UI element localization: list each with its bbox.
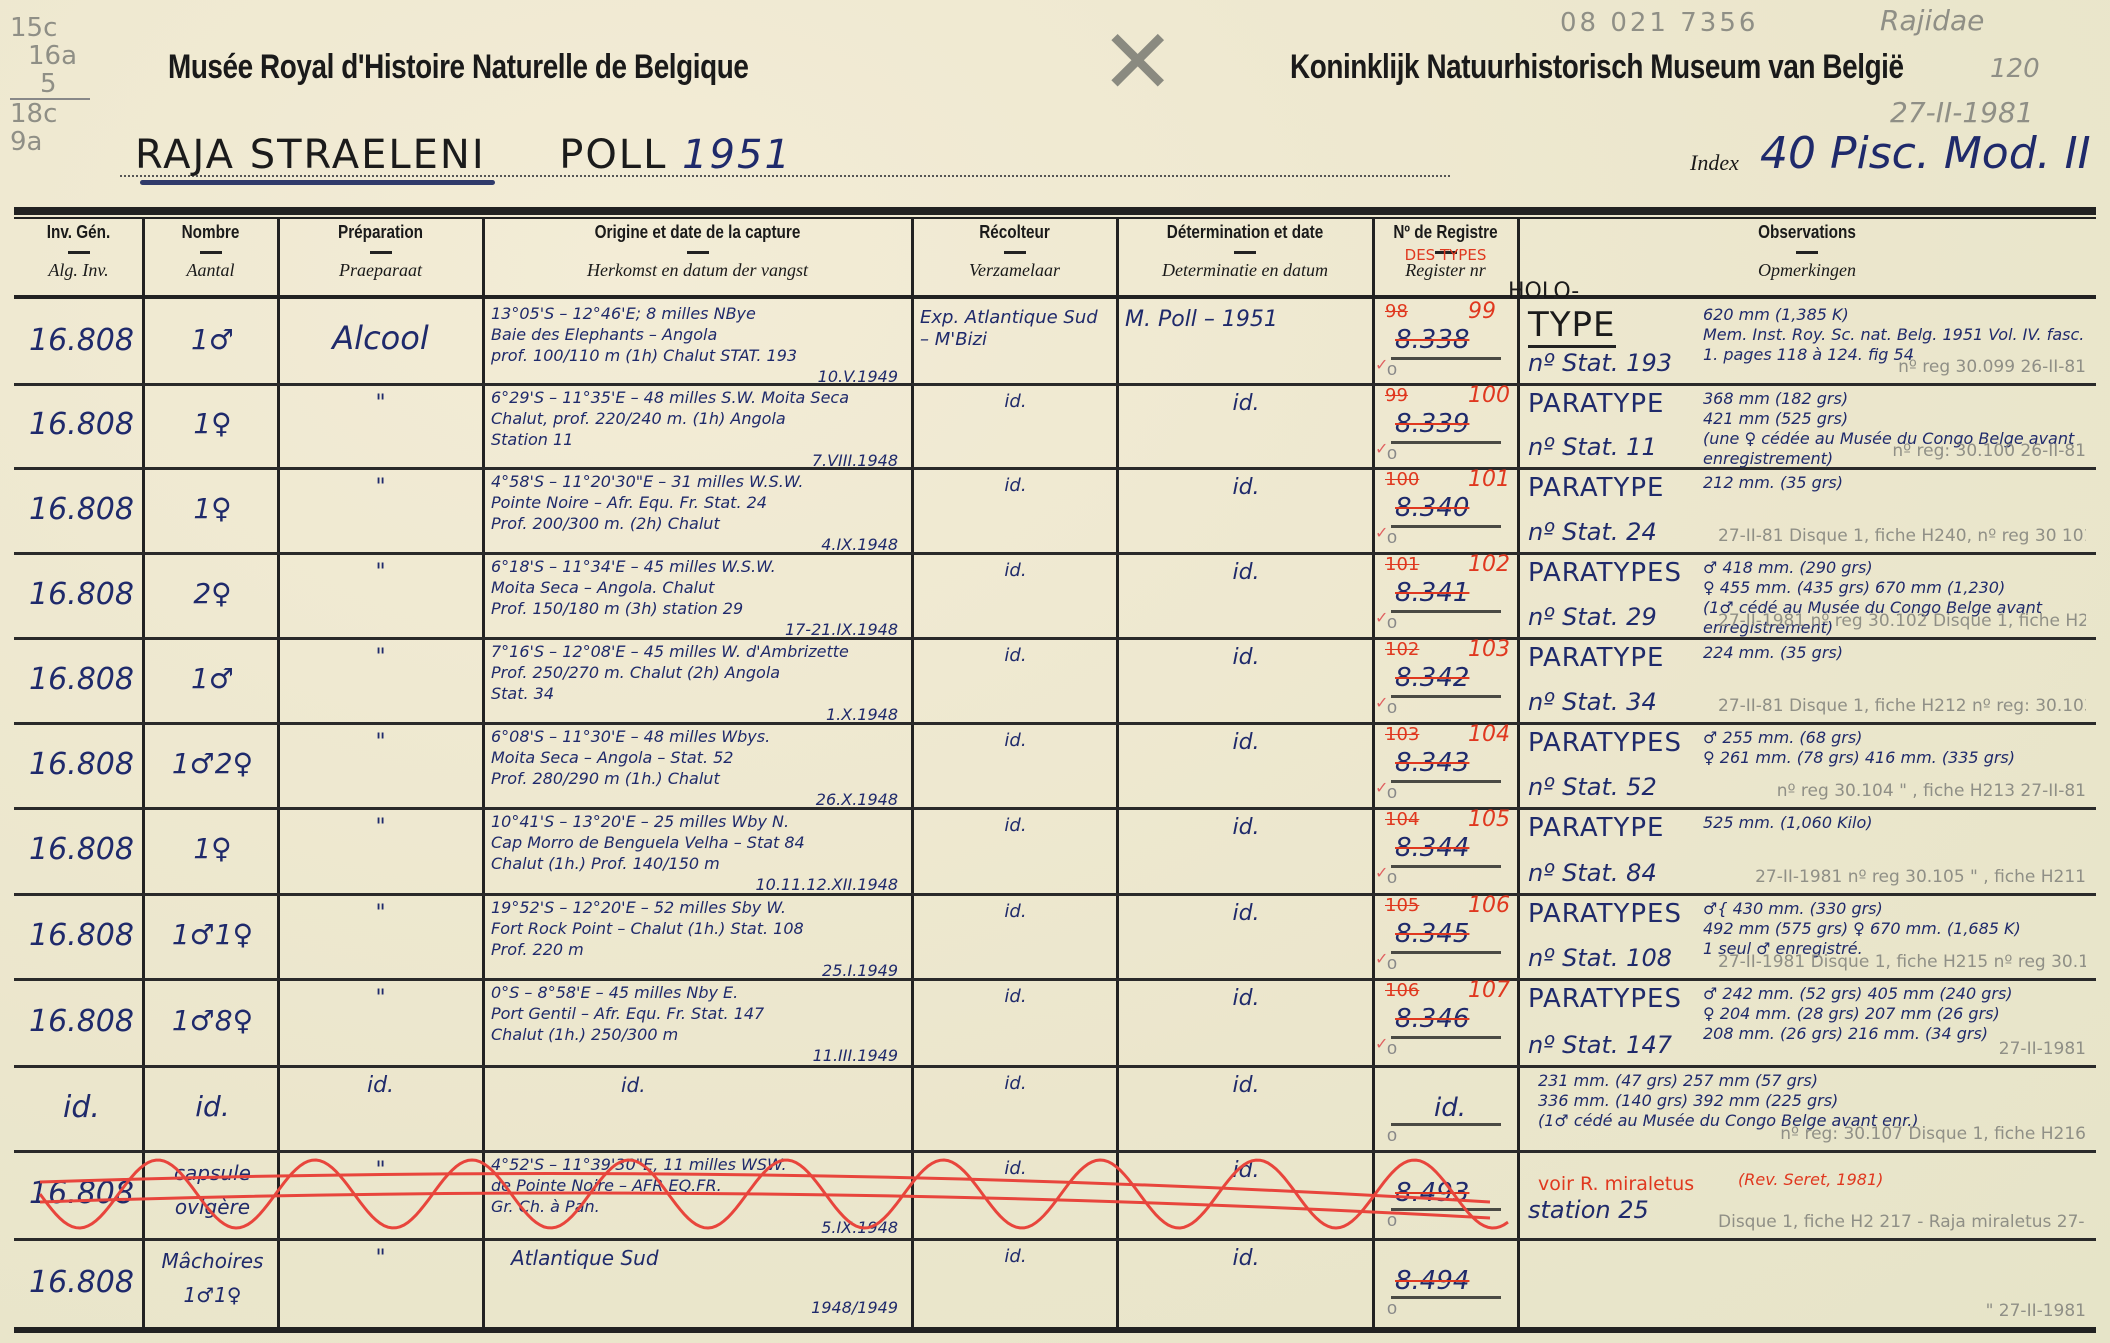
determination: id. xyxy=(1125,1073,1367,1098)
origin-and-date: 10°41'S – 13°20'E – 25 milles Wby N.Cap … xyxy=(491,811,906,895)
capture-date: 5.IX.1948 xyxy=(491,1217,906,1238)
origin-line: Moita Seca – Angola. Chalut xyxy=(491,577,906,598)
register-circle-mark: o xyxy=(1387,953,1397,974)
pencil-annotations: nº reg 30.104 " , fiche H213 27-II-81 xyxy=(1718,781,2086,801)
register-underline xyxy=(1391,357,1501,360)
type-status: PARATYPE xyxy=(1528,813,1664,843)
header-dash xyxy=(687,251,709,254)
column-header-determination: Détermination et dateDeterminatie en dat… xyxy=(1117,222,1373,281)
origin-line: Prof. 280/290 m (1h.) Chalut xyxy=(491,768,906,789)
register-old-number: 99 xyxy=(1385,385,1408,406)
register-old-number: 105 xyxy=(1385,895,1419,916)
type-status: PARATYPES xyxy=(1528,558,1682,588)
capture-date: 4.IX.1948 xyxy=(491,534,906,555)
pencil-annotations: 27-II-1981 nº reg 30.105 " , fiche H211 xyxy=(1718,867,2086,887)
origin-and-date: 6°18'S – 11°34'E – 45 milles W.S.W.Moita… xyxy=(491,556,906,640)
origin-line: 13°05'S – 12°46'E; 8 milles NBye xyxy=(491,303,906,324)
register-number: 8.338 xyxy=(1395,325,1505,355)
register-old-number: 102 xyxy=(1385,639,1419,660)
origin-and-date: 6°29'S – 11°35'E – 48 milles S.W. Moita … xyxy=(491,387,906,471)
register-number: 8.340 xyxy=(1395,493,1505,523)
observation-line: 336 mm. (140 grs) 392 mm (225 grs) xyxy=(1538,1091,2088,1111)
origin-line: prof. 100/110 m (1h) Chalut STAT. 193 xyxy=(491,345,906,366)
collector: id. xyxy=(920,560,1111,582)
origin-and-date: 6°08'S – 11°30'E – 48 milles Wbys.Moita … xyxy=(491,726,906,810)
register-type-number: 100 xyxy=(1468,383,1510,408)
species-year: 1951 xyxy=(682,132,792,178)
origin-line: de Pointe Noire – AFR.EQ.FR. xyxy=(491,1175,906,1196)
observation-line: 421 mm (525 grs) xyxy=(1703,409,2088,429)
register-check-mark: ✓ xyxy=(1375,693,1388,713)
observation-line: (Rev. Seret, 1981) xyxy=(1738,1170,1883,1190)
capture-date: 1948/1949 xyxy=(491,1297,906,1318)
collector: id. xyxy=(920,645,1111,667)
type-status: PARATYPES xyxy=(1528,984,1682,1014)
register-number: 8.344 xyxy=(1395,833,1505,863)
register-old-number: 101 xyxy=(1385,554,1419,575)
species-name: RAJA STRAELENI xyxy=(135,132,486,178)
origin-line: Port Gentil – Afr. Equ. Fr. Stat. 147 xyxy=(491,1003,906,1024)
inv-number: 16.808 xyxy=(24,1004,139,1039)
register-circle-mark: o xyxy=(1387,359,1397,380)
determination: id. xyxy=(1125,645,1367,670)
origin-and-date: 19°52'S – 12°20'E – 52 milles Sby W.Fort… xyxy=(491,897,906,981)
origin-and-date: id. xyxy=(491,1069,906,1096)
row-divider xyxy=(14,1065,2096,1068)
register-number: 8.346 xyxy=(1395,1004,1505,1034)
observation-line: 620 mm (1,385 K) xyxy=(1703,305,2088,325)
collector: id. xyxy=(920,1158,1111,1180)
institution-name-fr: Musée Royal d'Histoire Naturelle de Belg… xyxy=(168,48,748,87)
preparation: " xyxy=(288,1158,473,1183)
register-check-mark: ✓ xyxy=(1375,1034,1388,1054)
observations: 620 mm (1,385 K)Mem. Inst. Roy. Sc. nat.… xyxy=(1703,305,2088,365)
capture-date: 10.11.12.XII.1948 xyxy=(491,874,906,895)
determination: id. xyxy=(1125,986,1367,1011)
register-type-number: 102 xyxy=(1468,552,1510,577)
observation-line: 368 mm (182 grs) xyxy=(1703,389,2088,409)
observation-line: ♀ 261 mm. (78 grs) 416 mm. (335 grs) xyxy=(1703,748,2088,768)
origin-line: 7°16'S – 12°08'E – 45 milles W. d'Ambriz… xyxy=(491,641,906,662)
origin-line: 4°58'S – 11°20'30"E – 31 milles W.S.W. xyxy=(491,471,906,492)
inv-number: 16.808 xyxy=(24,1265,139,1300)
collector: id. xyxy=(920,1246,1111,1268)
column-header-recolteur: RécolteurVerzamelaar xyxy=(912,222,1117,281)
type-status: PARATYPE xyxy=(1528,389,1664,419)
capture-date: 10.V.1949 xyxy=(491,366,906,387)
column-header-fr: Préparation xyxy=(293,222,467,243)
observation-line: ♂ 242 mm. (52 grs) 405 mm (240 grs) xyxy=(1703,984,2088,1004)
register-old-number: 100 xyxy=(1385,469,1419,490)
corner-note-line: 5 xyxy=(40,70,130,98)
x-check-mark: ✕ xyxy=(1100,10,1175,115)
register-circle-mark: o xyxy=(1387,527,1397,548)
table-bottom-rule xyxy=(14,1327,2096,1333)
collector: id. xyxy=(920,986,1111,1008)
pencil-annotations: Disque 1, fiche H2 217 - Raja miraletus … xyxy=(1718,1212,2086,1232)
register-number: 8.493 xyxy=(1395,1178,1505,1208)
specimen-count: 2♀ xyxy=(151,577,274,610)
register-circle-mark: o xyxy=(1387,697,1397,718)
register-underline xyxy=(1391,1208,1501,1211)
capture-date: 7.VIII.1948 xyxy=(491,450,906,471)
date-note: 27-II-1981 xyxy=(1890,96,2034,129)
preparation: " xyxy=(288,730,473,755)
row-divider xyxy=(14,722,2096,725)
register-check-mark: ✓ xyxy=(1375,608,1388,628)
register-check-mark: ✓ xyxy=(1375,523,1388,543)
type-status: TYPE xyxy=(1528,305,1616,348)
register-check-mark: ✓ xyxy=(1375,439,1388,459)
register-circle-mark: o xyxy=(1387,443,1397,464)
register-underline xyxy=(1391,525,1501,528)
header-dash xyxy=(370,251,392,254)
origin-line: Prof. 220 m xyxy=(491,939,906,960)
observations: 231 mm. (47 grs) 257 mm (57 grs)336 mm. … xyxy=(1538,1071,2088,1131)
register-old-number: 106 xyxy=(1385,980,1419,1001)
column-header-fr: Nombre xyxy=(153,222,268,243)
origin-line: Atlantique Sud xyxy=(491,1248,906,1269)
determination: id. xyxy=(1125,475,1367,500)
specimen-count: 1♂8♀ xyxy=(151,1004,274,1037)
column-header-fr: Origine et date de la capture xyxy=(515,222,880,243)
observations: ♂ 255 mm. (68 grs)♀ 261 mm. (78 grs) 416… xyxy=(1703,728,2088,768)
register-type-number: 105 xyxy=(1468,807,1510,832)
page-number-note: 120 xyxy=(1990,54,2040,84)
register-underline xyxy=(1391,951,1501,954)
table-top-rule xyxy=(14,207,2096,215)
inv-number: 16.808 xyxy=(24,832,139,867)
origin-and-date: 13°05'S – 12°46'E; 8 milles NByeBaie des… xyxy=(491,303,906,387)
observations: 224 mm. (35 grs) xyxy=(1703,643,2088,663)
register-number: 8.494 xyxy=(1395,1266,1505,1296)
register-number: 8.342 xyxy=(1395,663,1505,693)
register-underline xyxy=(1391,441,1501,444)
determination: id. xyxy=(1125,391,1367,416)
register-number: 8.341 xyxy=(1395,578,1505,608)
collector: id. xyxy=(920,391,1111,413)
origin-line: Fort Rock Point – Chalut (1h.) Stat. 108 xyxy=(491,918,906,939)
origin-line: Prof. 200/300 m. (2h) Chalut xyxy=(491,513,906,534)
determination: id. xyxy=(1125,1246,1367,1271)
column-header-fr: Détermination et date xyxy=(1136,222,1354,243)
column-header-fr: Nº de Registre xyxy=(1384,222,1507,243)
row-divider xyxy=(14,1150,2096,1153)
register-type-number: 106 xyxy=(1468,893,1510,918)
observation-line: 212 mm. (35 grs) xyxy=(1703,473,2088,493)
row-divider xyxy=(14,893,2096,896)
column-header-preparation: PréparationPraeparaat xyxy=(278,222,483,281)
preparation: " xyxy=(288,645,473,670)
column-header-origine: Origine et date de la captureHerkomst en… xyxy=(483,222,912,281)
origin-line: Baie des Elephants – Angola xyxy=(491,324,906,345)
corner-pencil-note: 15c 16a 5 18c 9a xyxy=(10,14,130,134)
pencil-annotations: " 27-II-1981 xyxy=(1718,1301,2086,1321)
preparation: " xyxy=(288,1246,473,1271)
register-underline xyxy=(1391,1296,1501,1299)
collector: id. xyxy=(920,901,1111,923)
index-value: 40 Pisc. Mod. II xyxy=(1760,128,2091,179)
register-underline xyxy=(1391,610,1501,613)
origin-line: Pointe Noire – Afr. Equ. Fr. Stat. 24 xyxy=(491,492,906,513)
index-label: Index xyxy=(1690,150,1739,176)
observation-line: 224 mm. (35 grs) xyxy=(1703,643,2088,663)
species-underline xyxy=(140,180,495,185)
observation-line: 492 mm (575 grs) ♀ 670 mm. (1,685 K) xyxy=(1703,919,2088,939)
capture-date: 1.X.1948 xyxy=(491,704,906,725)
origin-line: 4°52'S – 11°39'30"E, 11 milles WSW. xyxy=(491,1154,906,1175)
header-dash xyxy=(1796,251,1818,254)
preparation: Alcool xyxy=(288,319,473,357)
capture-date: 17-21.IX.1948 xyxy=(491,619,906,640)
register-circle-mark: o xyxy=(1387,1298,1397,1319)
type-status: PARATYPE xyxy=(1528,643,1664,673)
species-title: RAJA STRAELENI POLL 1951 xyxy=(135,132,792,178)
origin-line: Station 11 xyxy=(491,429,906,450)
observation-line: ♂ 255 mm. (68 grs) xyxy=(1703,728,2088,748)
specimen-count: id. xyxy=(151,1090,274,1123)
register-check-mark: ✓ xyxy=(1375,949,1388,969)
register-underline xyxy=(1391,865,1501,868)
type-status: PARATYPES xyxy=(1528,728,1682,758)
origin-line: Moita Seca – Angola – Stat. 52 xyxy=(491,747,906,768)
pencil-annotations: nº reg: 30.107 Disque 1, fiche H216 xyxy=(1718,1124,2086,1144)
register-type-number: 103 xyxy=(1468,637,1510,662)
observations: 525 mm. (1,060 Kilo) xyxy=(1703,813,2088,833)
origin-line: 19°52'S – 12°20'E – 52 milles Sby W. xyxy=(491,897,906,918)
corner-note-line: 16a xyxy=(28,42,130,70)
specimen-count: 1♀ xyxy=(151,832,274,865)
preparation: " xyxy=(288,391,473,416)
register-underline xyxy=(1391,1036,1501,1039)
observations: 212 mm. (35 grs) xyxy=(1703,473,2088,493)
register-underline xyxy=(1391,780,1501,783)
inv-number: 16.808 xyxy=(24,747,139,782)
observation-line: ♀ 204 mm. (28 grs) 207 mm (26 grs) xyxy=(1703,1004,2088,1024)
determination: M. Poll – 1951 xyxy=(1125,307,1367,332)
register-circle-mark: o xyxy=(1387,782,1397,803)
inv-number: 16.808 xyxy=(24,407,139,442)
register-old-number: 104 xyxy=(1385,809,1419,830)
inv-number: 16.808 xyxy=(24,323,139,358)
header-dash xyxy=(1234,251,1256,254)
preparation: " xyxy=(288,475,473,500)
column-header-nl: Herkomst en datum der vangst xyxy=(483,260,912,281)
register-type-number: 107 xyxy=(1468,978,1510,1003)
register-type-number: 101 xyxy=(1468,467,1510,492)
origin-line: id. xyxy=(491,1075,906,1096)
origin-line: Gr. Ch. à Pan. xyxy=(491,1196,906,1217)
register-circle-mark: o xyxy=(1387,1210,1397,1231)
register-number: 8.343 xyxy=(1395,748,1505,778)
origin-line: Prof. 150/180 m (3h) station 29 xyxy=(491,598,906,619)
corner-note-line: 15c xyxy=(10,14,130,42)
determination: id. xyxy=(1125,560,1367,585)
collector: id. xyxy=(920,475,1111,497)
register-circle-mark: o xyxy=(1387,1125,1397,1146)
specimen-count: Mâchoires 1♂1♀ xyxy=(151,1244,274,1312)
pencil-annotations: 27-II-81 Disque 1, fiche H212 nº reg: 30… xyxy=(1718,696,2086,716)
register-old-number: 103 xyxy=(1385,724,1419,745)
inv-number: 16.808 xyxy=(24,1176,139,1211)
column-header-observations: ObservationsOpmerkingen xyxy=(1518,222,2096,281)
holo-prefix: HOLO- xyxy=(1508,279,1579,304)
pencil-annotations: 27-II-81 Disque 1, fiche H240, nº reg 30… xyxy=(1718,526,2086,546)
header-rule xyxy=(14,295,2096,299)
column-header-fr: Inv. Gén. xyxy=(24,222,134,243)
archive-number: 08 021 7356 xyxy=(1560,8,1758,38)
institution-name-nl: Koninklijk Natuurhistorisch Museum van B… xyxy=(1290,48,1904,87)
header-dash xyxy=(1004,251,1026,254)
determination: id. xyxy=(1125,730,1367,755)
pencil-annotations: nº reg: 30.100 26-II-81 xyxy=(1718,441,2086,461)
observation-line: 525 mm. (1,060 Kilo) xyxy=(1703,813,2088,833)
row-divider xyxy=(14,807,2096,810)
origin-and-date: 4°52'S – 11°39'30"E, 11 milles WSW.de Po… xyxy=(491,1154,906,1238)
preparation: " xyxy=(288,986,473,1011)
determination: id. xyxy=(1125,815,1367,840)
register-check-mark: ✓ xyxy=(1375,778,1388,798)
column-header-fr: Observations xyxy=(1561,222,2052,243)
column-header-nl: Verzamelaar xyxy=(912,260,1117,281)
collector: id. xyxy=(920,1073,1111,1095)
origin-line: Chalut, prof. 220/240 m. (1h) Angola xyxy=(491,408,906,429)
column-header-nl: Alg. Inv. xyxy=(14,260,143,281)
capture-date: 11.III.1949 xyxy=(491,1045,906,1066)
specimen-count: 1♀ xyxy=(151,492,274,525)
observations: ♂{ 430 mm. (330 grs)492 mm (575 grs) ♀ 6… xyxy=(1703,899,2088,959)
row-divider xyxy=(14,383,2096,386)
inv-number: id. xyxy=(24,1090,139,1125)
preparation: " xyxy=(288,560,473,585)
column-header-nl: Aantal xyxy=(143,260,278,281)
pencil-annotations: 27-II-1981 xyxy=(1718,1039,2086,1059)
collector: id. xyxy=(920,815,1111,837)
register-old-number: 98 xyxy=(1385,301,1408,322)
register-underline xyxy=(1391,695,1501,698)
origin-line: 10°41'S – 13°20'E – 25 milles Wby N. xyxy=(491,811,906,832)
register-number: 8.339 xyxy=(1395,409,1505,439)
origin-line: Cap Morro de Benguela Velha – Stat 84 xyxy=(491,832,906,853)
column-header-annotation: DES TYPES xyxy=(1373,246,1518,264)
type-status: PARATYPE xyxy=(1528,473,1664,503)
specimen-count: 1♀ xyxy=(151,407,274,440)
register-underline xyxy=(1391,1123,1501,1126)
origin-and-date: 7°16'S – 12°08'E – 45 milles W. d'Ambriz… xyxy=(491,641,906,725)
register-type-number: 99 xyxy=(1468,299,1496,324)
register-circle-mark: o xyxy=(1387,867,1397,888)
column-header-nombre: NombreAantal xyxy=(143,222,278,281)
origin-line: 0°S – 8°58'E – 45 milles Nby E. xyxy=(491,982,906,1003)
column-header-inv-gen: Inv. Gén.Alg. Inv. xyxy=(14,222,143,281)
origin-line: 6°08'S – 11°30'E – 48 milles Wbys. xyxy=(491,726,906,747)
family-note: Rajidae xyxy=(1880,4,1984,37)
observation-line: ♂ 418 mm. (290 grs) xyxy=(1703,558,2088,578)
origin-line: 6°29'S – 11°35'E – 48 milles S.W. Moita … xyxy=(491,387,906,408)
inv-number: 16.808 xyxy=(24,492,139,527)
specimen-count: capsule ovigère xyxy=(151,1156,274,1224)
column-header-nl: Praeparaat xyxy=(278,260,483,281)
register-circle-mark: o xyxy=(1387,612,1397,633)
inv-number: 16.808 xyxy=(24,577,139,612)
origin-line: Prof. 250/270 m. Chalut (2h) Angola xyxy=(491,662,906,683)
determination: id. xyxy=(1125,901,1367,926)
origin-and-date: 0°S – 8°58'E – 45 milles Nby E.Port Gent… xyxy=(491,982,906,1066)
origin-line: Chalut (1h.) Prof. 140/150 m xyxy=(491,853,906,874)
pencil-annotations: 27-II-1981 Disque 1, fiche H215 nº reg 3… xyxy=(1718,952,2086,972)
column-header-nl: Determinatie en datum xyxy=(1117,260,1373,281)
specimen-count: 1♂ xyxy=(151,323,274,356)
register-circle-mark: o xyxy=(1387,1038,1397,1059)
register-type-number: 104 xyxy=(1468,722,1510,747)
register-number: id. xyxy=(1395,1093,1505,1123)
column-header-registre: Nº de RegistreRegister nrDES TYPES xyxy=(1373,222,1518,281)
observation-line: ♂{ 430 mm. (330 grs) xyxy=(1703,899,2088,919)
header-dash xyxy=(200,251,222,254)
header-dash xyxy=(68,251,90,254)
preparation: " xyxy=(288,815,473,840)
origin-and-date: 4°58'S – 11°20'30"E – 31 milles W.S.W.Po… xyxy=(491,471,906,555)
register-check-mark: ✓ xyxy=(1375,355,1388,375)
column-header-nl: Opmerkingen xyxy=(1518,260,2096,281)
capture-date: 25.I.1949 xyxy=(491,960,906,981)
collector: Exp. Atlantique Sud – M'Bizi xyxy=(920,307,1111,351)
origin-and-date: Atlantique Sud1948/1949 xyxy=(491,1242,906,1318)
preparation: id. xyxy=(288,1073,473,1098)
collector: id. xyxy=(920,730,1111,752)
preparation: " xyxy=(288,901,473,926)
row-divider xyxy=(14,1238,2096,1241)
row-divider xyxy=(14,978,2096,981)
observation-line: 231 mm. (47 grs) 257 mm (57 grs) xyxy=(1538,1071,2088,1091)
row-divider xyxy=(14,552,2096,555)
pencil-annotations: 27-II-1981 nº reg 30.102 Disque 1, fiche… xyxy=(1718,611,2086,631)
type-status: PARATYPES xyxy=(1528,899,1682,929)
observations: ♂ 242 mm. (52 grs) 405 mm (240 grs)♀ 204… xyxy=(1703,984,2088,1044)
observation-line: ♀ 455 mm. (435 grs) 670 mm (1,230) xyxy=(1703,578,2088,598)
inv-number: 16.808 xyxy=(24,662,139,697)
specimen-count: 1♂ xyxy=(151,662,274,695)
capture-date: 26.X.1948 xyxy=(491,789,906,810)
corner-note-line: 18c 9a xyxy=(10,98,90,156)
column-header-fr: Récolteur xyxy=(927,222,1101,243)
register-number: 8.345 xyxy=(1395,919,1505,949)
register-check-mark: ✓ xyxy=(1375,863,1388,883)
origin-line: 6°18'S – 11°34'E – 45 milles W.S.W. xyxy=(491,556,906,577)
determination: id. xyxy=(1125,1158,1367,1183)
specimen-count: 1♂1♀ xyxy=(151,918,274,951)
inv-number: 16.808 xyxy=(24,918,139,953)
table-top-rule xyxy=(14,217,2096,219)
pencil-annotations: nº reg 30.099 26-II-81 xyxy=(1718,357,2086,377)
origin-line: Stat. 34 xyxy=(491,683,906,704)
observations: voir R. miraletus(Rev. Seret, 1981) xyxy=(1538,1156,2088,1194)
origin-line: Chalut (1h.) 250/300 m xyxy=(491,1024,906,1045)
species-author: POLL xyxy=(559,132,667,178)
specimen-count: 1♂2♀ xyxy=(151,747,274,780)
